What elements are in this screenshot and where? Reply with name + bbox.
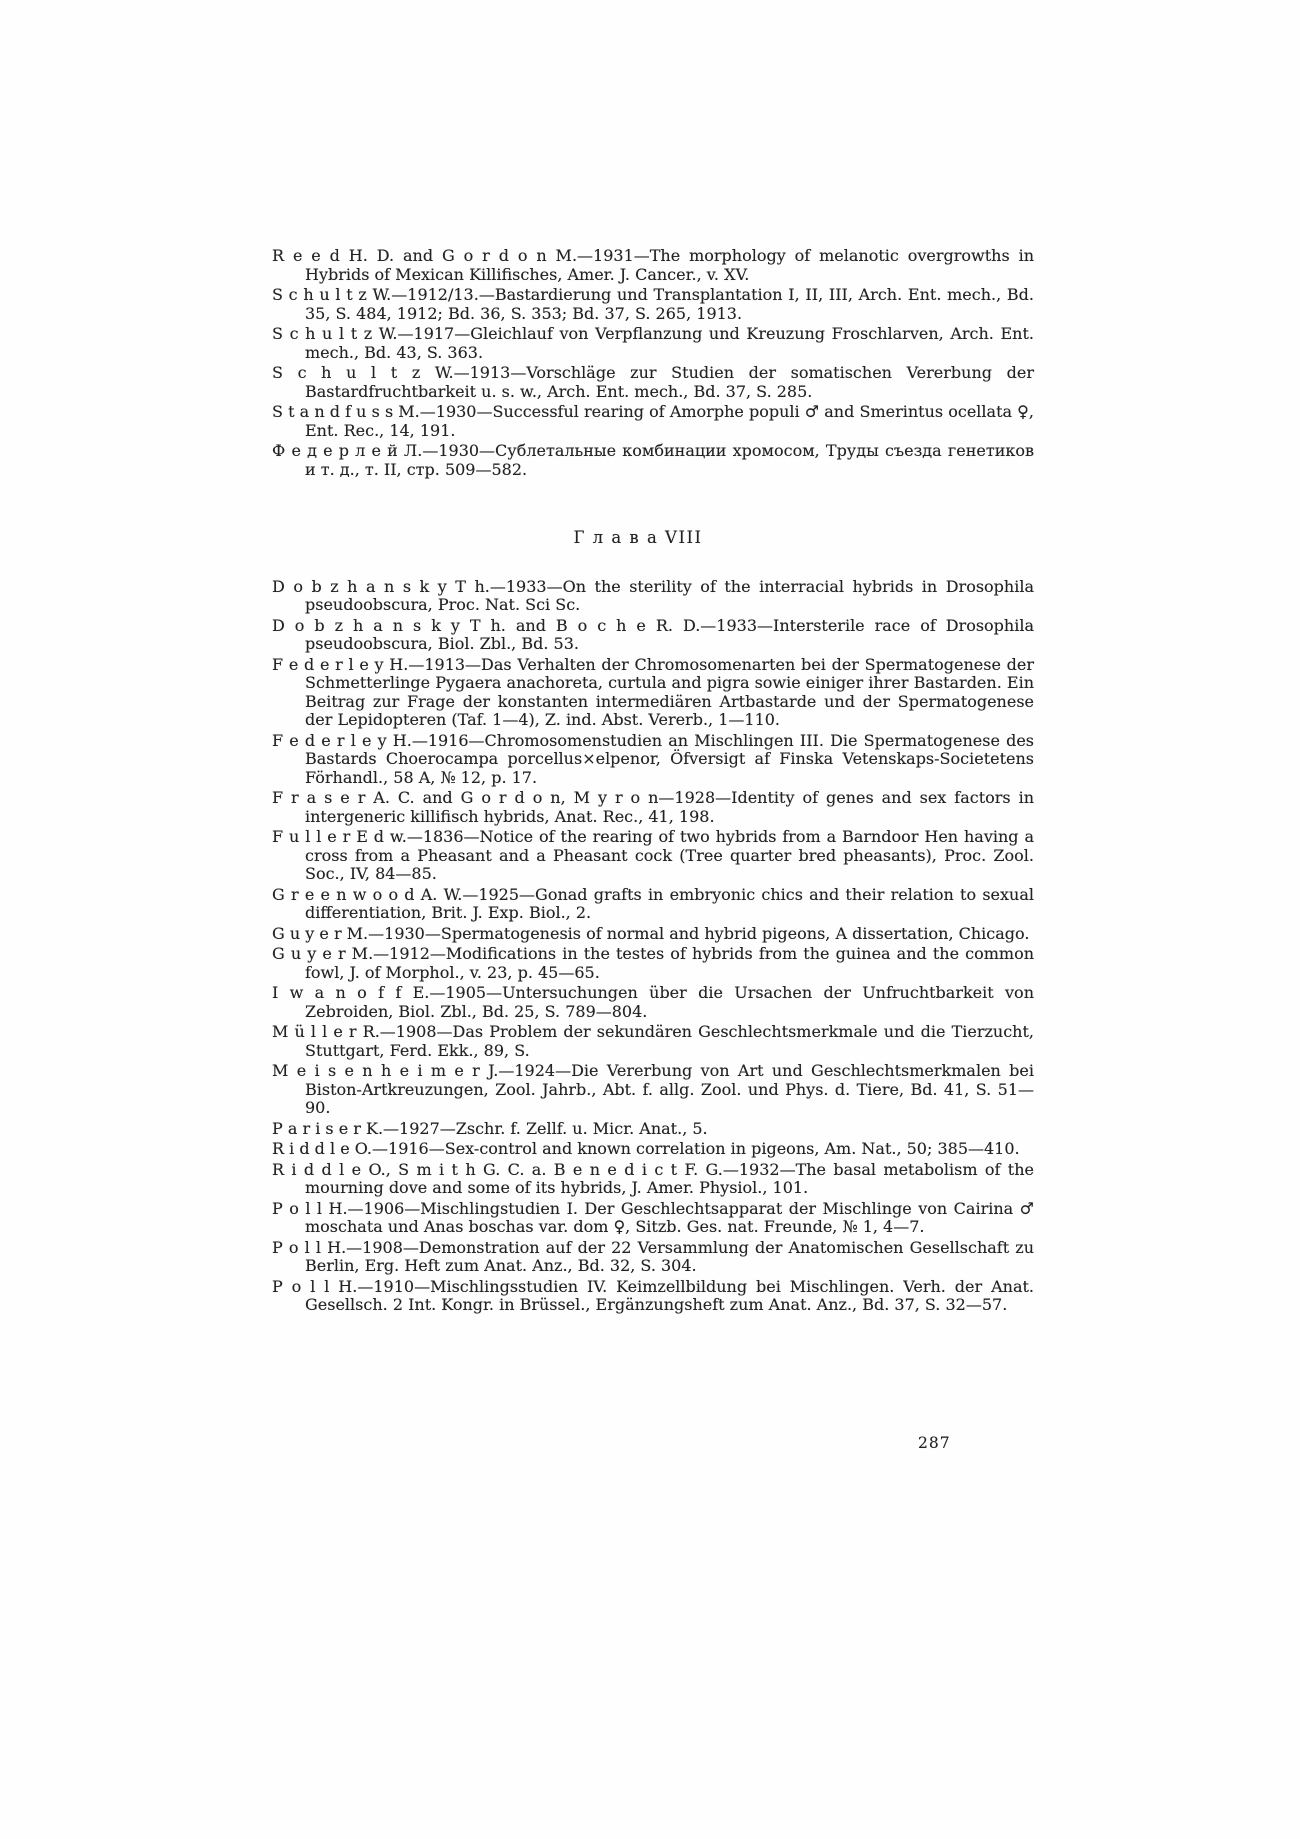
bibliography-entry: F e d e r l e y H.—1916—Chromosomenstudi… (305, 732, 1034, 788)
chapter-heading: Г л а в а VIII (272, 529, 1004, 548)
bibliography-entry: S c h u l t z W.—1912/13.—Bastardierung … (305, 286, 1034, 323)
bibliography-entry: P a r i s e r K.—1927—Zschr. f. Zellf. u… (305, 1120, 1034, 1139)
bibliography-entry: P o l l H.—1910—Mischlingsstudien IV. Ke… (305, 1278, 1034, 1315)
scanned-book-page: R e e d H. D. and G o r d o n M.—1931—Th… (0, 0, 1300, 1839)
bibliography-entry: G u y e r M.—1930—Spermatogenesis of nor… (305, 925, 1034, 944)
page-number: 287 (918, 1434, 951, 1452)
bibliography-section-top: R e e d H. D. and G o r d o n M.—1931—Th… (272, 247, 1034, 479)
bibliography-entry: D o b z h a n s k y T h. and B o c h e R… (305, 617, 1034, 654)
bibliography-text-block: R e e d H. D. and G o r d o n M.—1931—Th… (272, 247, 1034, 1317)
bibliography-entry: M ü l l e r R.—1908—Das Problem der seku… (305, 1023, 1034, 1060)
bibliography-entry: G u y e r M.—1912—Modifications in the t… (305, 945, 1034, 982)
bibliography-entry: R i d d l e O., S m i t h G. C. a. B e n… (305, 1161, 1034, 1198)
bibliography-section-chapter-viii: D o b z h a n s k y T h.—1933—On the ste… (272, 578, 1034, 1315)
bibliography-entry: P o l l H.—1906—Mischlingstudien I. Der … (305, 1200, 1034, 1237)
bibliography-entry: R i d d l e O.—1916—Sex-control and know… (305, 1140, 1034, 1159)
bibliography-entry: F e d e r l e y H.—1913—Das Verhalten de… (305, 656, 1034, 730)
bibliography-entry: I w a n o f f E.—1905—Untersuchungen übe… (305, 984, 1034, 1021)
bibliography-entry: S c h u l t z W.—1913—Vorschläge zur Stu… (305, 364, 1034, 401)
bibliography-entry: Ф е д е р л е й Л.—1930—Сублетальные ком… (305, 442, 1034, 479)
bibliography-entry: R e e d H. D. and G o r d o n M.—1931—Th… (305, 247, 1034, 284)
bibliography-entry: F u l l e r E d w.—1836—Notice of the re… (305, 828, 1034, 884)
bibliography-entry: D o b z h a n s k y T h.—1933—On the ste… (305, 578, 1034, 615)
bibliography-entry: G r e e n w o o d A. W.—1925—Gonad graft… (305, 886, 1034, 923)
bibliography-entry: P o l l H.—1908—Demonstration auf der 22… (305, 1239, 1034, 1276)
bibliography-entry: F r a s e r A. C. and G o r d o n, M y r… (305, 789, 1034, 826)
bibliography-entry: S t a n d f u s s M.—1930—Successful rea… (305, 403, 1034, 440)
bibliography-entry: S c h u l t z W.—1917—Gleichlauf von Ver… (305, 325, 1034, 362)
bibliography-entry: M e i s e n h e i m e r J.—1924—Die Vere… (305, 1062, 1034, 1118)
